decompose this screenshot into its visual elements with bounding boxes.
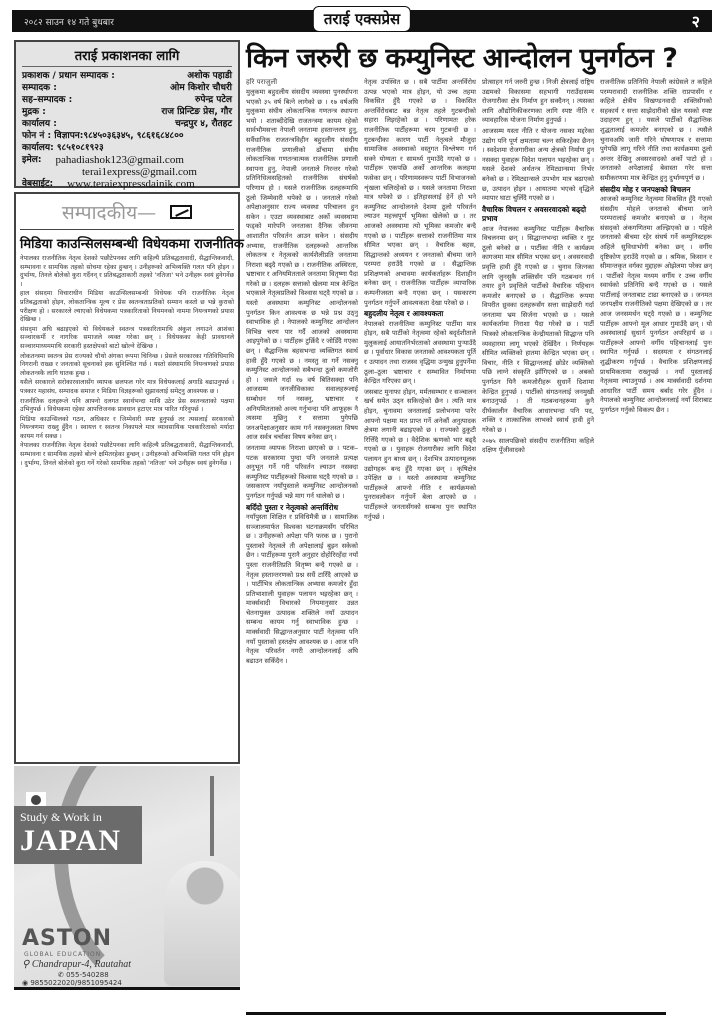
imprint-value: ओम किशोर चौधरी xyxy=(170,82,232,94)
imprint-value: रुपेन्द्र पटेल xyxy=(195,94,232,106)
article-paragraph: मुलुकमा बहुदलीय संसदीय व्यवस्था पुनर्स्थ… xyxy=(246,88,358,443)
student-photo xyxy=(164,861,240,986)
imprint-row: सह–सम्पादक :रुपेन्द्र पटेल xyxy=(22,94,232,106)
imprint-label: कार्यालय : xyxy=(22,118,57,130)
page-number: २ xyxy=(692,10,700,32)
article-column-4: राजनीतिक प्रतिनिधि नेपाली कांग्रेसले त क… xyxy=(600,78,712,1018)
tower-image xyxy=(210,776,214,856)
ad-address: ⚲ Chandrapur-4, Rautahat xyxy=(22,959,131,970)
left-column: तराई प्रकाशनका लागि प्रकाशक / प्रधान सम्… xyxy=(14,40,240,990)
article-paragraph: नेपालको राजनीतिमा कम्युनिस्ट पार्टीमा मा… xyxy=(364,320,476,387)
imprint-label: मुद्रक : xyxy=(22,106,46,118)
editorial-paragraph: नेपालका राजनीतिक नेतृत्व देशको पछौटेपनका… xyxy=(20,442,234,468)
article-columns: हरि पराजुली मुलुकमा बहुदलीय संसदीय व्यवस… xyxy=(246,78,712,1018)
aston-subtitle: GLOBAL EDUCATION xyxy=(24,951,101,958)
editorial-paragraph: यसैले सरकारले सरोकारवालासँग व्यापक छलफल … xyxy=(20,379,234,396)
ad-tagline: Study & Work in xyxy=(20,810,136,825)
imprint-label: सम्पादक : xyxy=(22,82,57,94)
editorial-paragraph: राजनीतिक दलहरूले पनि आफ्नो दलगत स्वार्थभ… xyxy=(20,398,234,415)
article-subheading: बर्दिंदो पुस्ता र नेतृत्वको अन्तर्विरोध xyxy=(246,503,358,512)
article-column-2: नेतृत्व उपस्थित छ । सबै पार्टीमा अन्तर्व… xyxy=(364,78,476,1018)
article-paragraph: प्रोत्साहन गर्न जरुरी हुन्छ । निजी क्षेत… xyxy=(482,78,594,126)
article-column-1: हरि पराजुली मुलुकमा बहुदलीय संसदीय व्यवस… xyxy=(246,78,358,1018)
article-paragraph: जसबाट मुनाफा होइन, मर्मतसम्भार र सञ्चालन… xyxy=(364,388,476,522)
article-subheading: वैचारिक विचलन र अवसरवादको बढ्दो प्रभाव xyxy=(482,205,594,224)
imprint-value: अशोक पहाडी xyxy=(187,70,232,82)
article-paragraph: जनतामा व्यापक निराशा छाएको छ । पटक–पटक स… xyxy=(246,444,358,502)
website-label: वेबसाईट: xyxy=(22,178,53,190)
newspaper-masthead: तराई एक्सप्रेस xyxy=(313,6,411,32)
office-phone: कार्यालय: ९८५१०८१९२३ xyxy=(22,142,104,154)
article-paragraph: आज नेपालका कम्युनिस्ट पार्टीहरू वैचारिक … xyxy=(482,225,594,436)
imprint-title: तराई प्रकाशनका लागि xyxy=(22,46,232,67)
editorial-paragraph: संसद्‌मा अघि बढाइएको यो विधेयकले स्वतन्त… xyxy=(20,326,234,352)
article-byline: हरि पराजुली xyxy=(246,78,358,87)
ad-mobile: ◉ 9855022020/9851095424 xyxy=(22,979,122,987)
issue-date: २०८२ साउन १४ गते बुधबार xyxy=(24,15,114,28)
article-column-3: प्रोत्साहन गर्न जरुरी हुन्छ । निजी क्षेत… xyxy=(482,78,594,1018)
ad-banner: Study & Work in JAPAN xyxy=(14,806,142,864)
ad-address-text: Chandrapur-4, Rautahat xyxy=(32,959,131,970)
advertisement-aston[interactable]: Study & Work in JAPAN ASTON GLOBAL EDUCA… xyxy=(14,766,240,990)
editorial-paragraph: हाल संसदमा विचाराधीन मिडिया काउन्सिलसम्ब… xyxy=(20,290,234,324)
editorial-paragraph: नेपालका राजनीतिक नेतृत्व देशको पछौटेपनका… xyxy=(20,255,234,289)
phone-row: फोन नं : विज्ञापन:९८४५०३६३४५, ९८६१६८४८०० xyxy=(22,130,232,142)
imprint-row: मुद्रक :राज प्रिन्टिङ प्रेस, गौर xyxy=(22,106,232,118)
phone-icon: ✆ xyxy=(58,971,66,979)
article-paragraph: आजसम्म यस्ता नीति र योजना नसका मद्दरेका … xyxy=(482,127,594,204)
article-paragraph: नेतृत्व उपस्थित छ । सबै पार्टीमा अन्तर्व… xyxy=(364,78,476,308)
email-label: इमेल: xyxy=(22,154,42,166)
page-header-bar: २०८२ साउन १४ गते बुधबार तराई एक्सप्रेस २ xyxy=(12,10,712,32)
office-phone-row: कार्यालय: ९८५१०८१९२३ xyxy=(22,142,232,154)
editorial-label: सम्पादकीय— xyxy=(62,199,156,225)
ad-country: JAPAN xyxy=(20,825,136,857)
article-paragraph: आजको कम्युनिस्ट नेतृत्वमा विकसित हुँदै ग… xyxy=(600,195,712,416)
pen-icon xyxy=(170,205,192,219)
email-link-1[interactable]: pahadiashok123@gmail.com xyxy=(56,154,184,166)
website-row: वेबसाईट:www.teraiexpressdainik.com xyxy=(22,178,232,190)
imprint-value: चन्द्रपुर ४, रौतहट xyxy=(175,118,232,130)
bottom-divider xyxy=(246,1012,666,1015)
article-headline: किन जरुरी छ कम्युनिस्ट आन्दोलन पुनर्गठन … xyxy=(246,38,712,74)
editorial-header: सम्पादकीय— xyxy=(20,194,234,230)
imprint-value: राज प्रिन्टिङ प्रेस, गौर xyxy=(161,106,232,118)
article-paragraph: २०७५ सालपछिको संसदीय राजनीतिमा कहिले दक्… xyxy=(482,437,594,456)
imprint-row: सम्पादक :ओम किशोर चौधरी xyxy=(22,82,232,94)
imprint-label: प्रकाशक / प्रधान सम्पादक : xyxy=(22,70,115,82)
website-link[interactable]: www.teraiexpressdainik.com xyxy=(67,178,195,190)
ad-mobile-text: 9855022020/9851095424 xyxy=(30,979,121,987)
article-paragraph: राजनीतिक प्रतिनिधि नेपाली कांग्रेसले त क… xyxy=(600,78,712,184)
editorial-title: मिडिया काउन्सिलसम्बन्धी विधेयकमा राजनीति… xyxy=(20,234,234,252)
aston-logo: ASTON xyxy=(22,926,112,951)
location-pin-icon: ⚲ xyxy=(22,959,32,970)
phone-numbers: फोन नं : विज्ञापन:९८४५०३६३४५, ९८६१६८४८०० xyxy=(22,130,184,142)
article-paragraph: नयाँपुस्ता शिक्षित र प्रविधिमैत्री छ । स… xyxy=(246,513,358,667)
imprint-label: सह–सम्पादक : xyxy=(22,94,72,106)
article-subheading: बहुदलीय नेतृत्व र आवश्यकता xyxy=(364,309,476,318)
imprint-row: कार्यालय :चन्द्रपुर ४, रौतहट xyxy=(22,118,232,130)
email-link-2[interactable]: terai1express@gmail.com xyxy=(22,166,232,178)
email-row: इमेल:pahadiashok123@gmail.com xyxy=(22,154,232,166)
imprint-box: तराई प्रकाशनका लागि प्रकाशक / प्रधान सम्… xyxy=(14,40,240,188)
editorial-paragraph: मिडिया काउन्सिलको गठन, अधिकार र जिम्मेवा… xyxy=(20,416,234,442)
editorial-box: सम्पादकीय— मिडिया काउन्सिलसम्बन्धी विधेय… xyxy=(14,192,240,764)
main-article: किन जरुरी छ कम्युनिस्ट आन्दोलन पुनर्गठन … xyxy=(246,38,712,1018)
editorial-paragraph: लोकतन्त्रमा स्वतन्त्र प्रेस राज्यको चौथो… xyxy=(20,353,234,379)
article-subheading: संसदीय मोह र जनपक्षको बिचलन xyxy=(600,185,712,194)
imprint-row: प्रकाशक / प्रधान सम्पादक :अशोक पहाडी xyxy=(22,70,232,82)
ad-phone: ✆ 055-540288 xyxy=(58,971,109,979)
ad-phone-text: 055-540288 xyxy=(66,971,109,979)
